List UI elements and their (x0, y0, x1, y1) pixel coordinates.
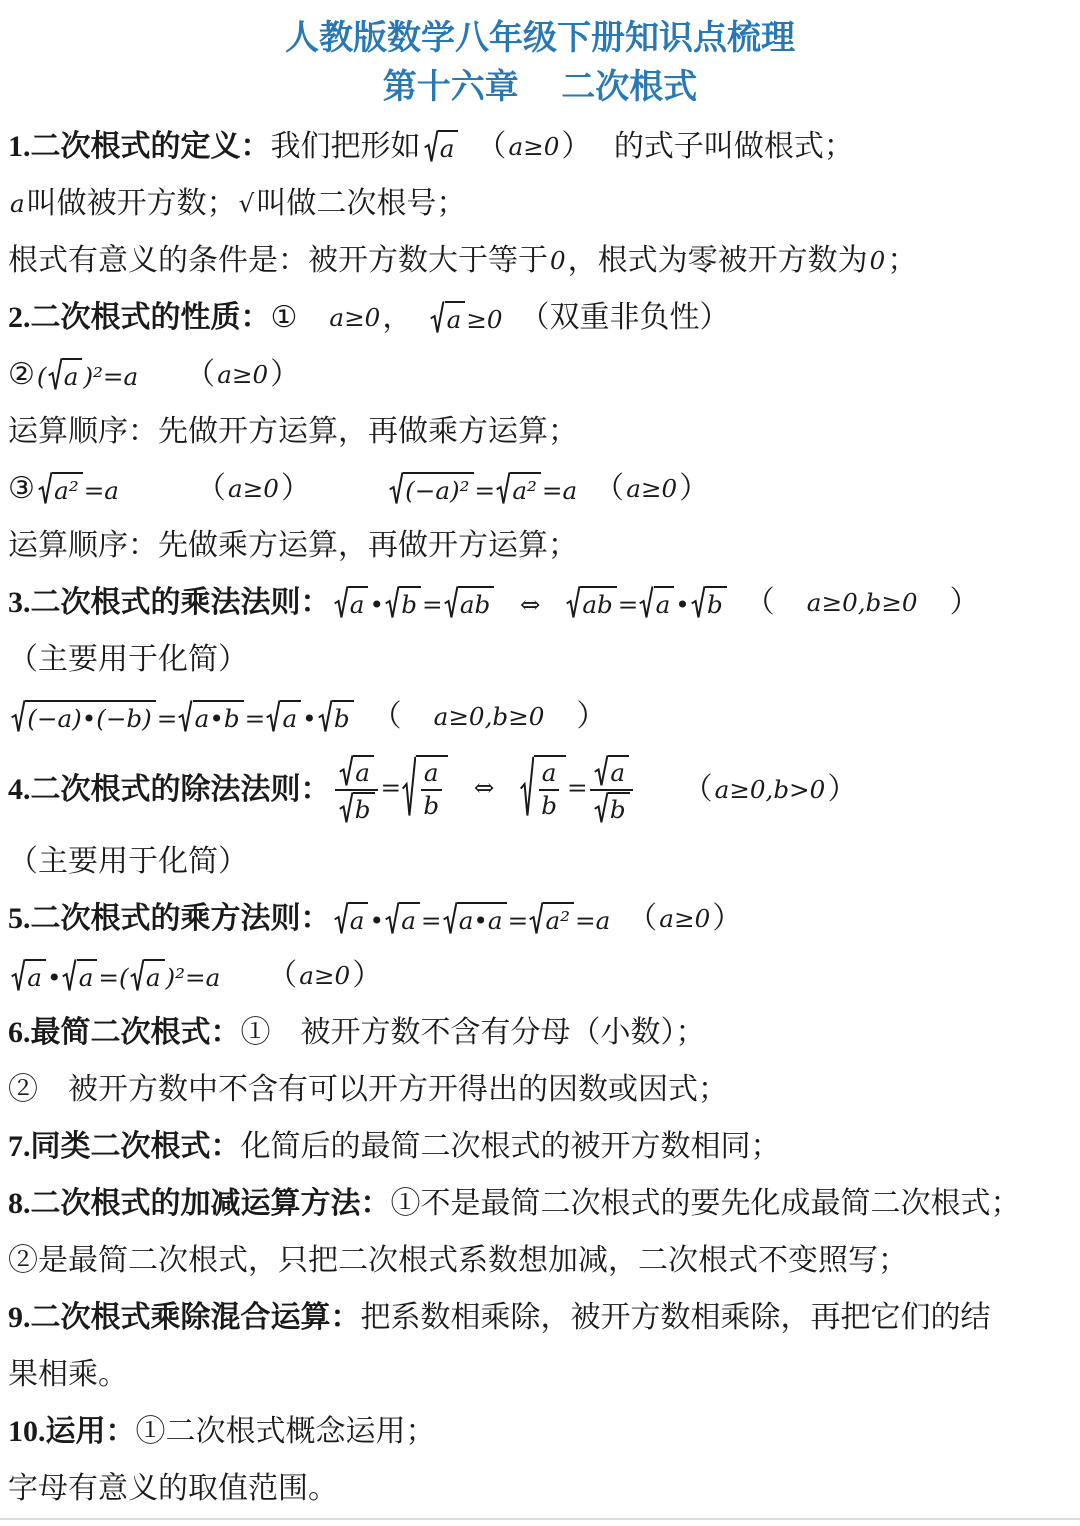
radical-sign-icon (334, 586, 348, 620)
text-run: （ (638, 772, 713, 808)
radicand: a (348, 586, 369, 620)
text-run: ） (679, 471, 709, 507)
radicand: b (332, 700, 354, 734)
math-formula: a≥0 (626, 474, 677, 504)
document-body: 1.二次根式的定义：我们把形如a （a≥0） 的式子叫做根式；a叫做被开方数；√… (0, 119, 1080, 1518)
radicand: b (353, 792, 375, 824)
fraction-numerator: a (539, 759, 560, 790)
text-run: （ (121, 471, 226, 507)
radical-sign-icon (444, 586, 458, 620)
radical-sign-icon (385, 902, 399, 936)
math-formula: (a)²=a (37, 358, 138, 392)
doc-line-10: （主要用于化简） (8, 632, 1080, 689)
text-run: ②是最简二次根式，只把二次根式系数想加减，二次根式不变照写； (8, 1243, 908, 1279)
sqrt-radical: ab (520, 755, 566, 820)
text-run: 根式有意义的条件是：被开方数大于等于 (8, 243, 548, 279)
radicand: b (705, 586, 727, 620)
math-formula: a²=a (37, 472, 119, 506)
radical-sign-icon (339, 792, 353, 824)
radical-sign-icon (520, 755, 534, 820)
radical-sign-icon (529, 902, 543, 936)
radical-sign-icon (11, 959, 25, 993)
radical-sign-icon (339, 755, 353, 787)
text-run: ①不是最简二次根式的要先化成最简二次根式； (391, 1186, 1021, 1222)
text-run: ， (382, 300, 427, 336)
sqrt-radical: a (48, 358, 83, 392)
doc-line-23: 10.运用：①二次根式概念运用； (8, 1404, 1080, 1461)
radicand: ab (458, 586, 494, 620)
doc-line-06: 运算顺序：先做开方运算，再做乘方运算； (8, 404, 1080, 461)
radical-sign-icon (389, 472, 403, 506)
math-formula: a≥0 (217, 360, 268, 390)
radical-sign-icon (639, 586, 653, 620)
sqrt-radical: a (594, 755, 629, 787)
math-formula: a (423, 130, 460, 164)
radical-sign-icon (691, 586, 705, 620)
chapter-title: 第十六章 二次根式 (0, 63, 1080, 112)
doc-line-20: ②是最简二次根式，只把二次根式系数想加减，二次根式不变照写； (8, 1233, 1080, 1290)
fraction: ab (420, 759, 442, 820)
math-formula: (−a)•(−b)=a•b=a•b (10, 700, 355, 734)
radical-sign-icon (334, 902, 348, 936)
radicand: ab (580, 586, 616, 620)
radicand: a (144, 959, 165, 993)
sqrt-radical: a (430, 301, 465, 335)
bold-label: 8.二次根式的加减运算方法： (8, 1186, 391, 1222)
fraction-denominator: b (420, 791, 442, 820)
sqrt-radical: b (691, 586, 727, 620)
radical-sign-icon (38, 472, 52, 506)
radicand: a (348, 902, 369, 936)
fraction: ab (538, 759, 560, 820)
radicand: a² (510, 472, 541, 506)
math-formula: 0 (550, 246, 566, 276)
radicand: a (77, 959, 98, 993)
sqrt-radical: a² (529, 902, 574, 936)
text-run: （双重非负性） (505, 300, 730, 336)
page-title: 人教版数学八年级下册知识点梳理 (0, 0, 1080, 63)
bold-label: 9.二次根式乘除混合运算： (8, 1300, 361, 1336)
fraction-denominator: b (538, 791, 560, 820)
doc-line-05: ②(a)²=a （a≥0） (8, 347, 1080, 404)
text-run: ） (920, 585, 980, 621)
sqrt-radical: a (62, 959, 97, 993)
radicand: a (353, 755, 374, 787)
sqrt-radical: (−a)² (389, 472, 474, 506)
doc-line-11: (−a)•(−b)=a•b=a•b （ a≥0,b≥0 ） (8, 689, 1080, 746)
bold-label: 6.最简二次根式： (8, 1015, 241, 1051)
sqrt-radical: b (318, 700, 354, 734)
math-formula: a≥0 (508, 132, 559, 162)
bold-label: 10.运用： (8, 1414, 136, 1450)
text-run: （ (730, 585, 805, 621)
math-formula: a•a=(a)²=a (10, 959, 220, 993)
bold-label: 5.二次根式的乘方法则： (8, 901, 331, 937)
radical-sign-icon (266, 700, 280, 734)
radicand: ab (534, 755, 566, 820)
radicand: a (445, 301, 466, 335)
text-run: （ (357, 699, 432, 735)
doc-line-14: 5.二次根式的乘方法则：a•a=a•a=a²=a （a≥0） (8, 891, 1080, 948)
math-formula: a≥0 (659, 904, 710, 934)
text-run: ） (270, 357, 300, 393)
text-run: ② (8, 357, 35, 393)
radical-sign-icon (424, 130, 438, 164)
radical-sign-icon (178, 700, 192, 734)
radicand: b (608, 792, 630, 824)
radical-sign-icon (318, 700, 332, 734)
bold-label: 2.二次根式的性质： (8, 300, 271, 336)
doc-line-03: 根式有意义的条件是：被开方数大于等于0，根式为零被开方数为0； (8, 233, 1080, 290)
sqrt-radical: a•b (178, 700, 243, 734)
doc-line-22: 果相乘。 (8, 1347, 1080, 1404)
math-formula: a•b=ab ⇔ ab=a•b (333, 586, 728, 620)
sqrt-radical: ab (402, 755, 448, 820)
text-run: ① (271, 300, 328, 336)
text-run: 运算顺序：先做开方运算，再做乘方运算； (8, 414, 578, 450)
text-run: （ (222, 958, 297, 994)
sqrt-radical: a (424, 130, 459, 164)
doc-line-19: 8.二次根式的加减运算方法：①不是最简二次根式的要先化成最简二次根式； (8, 1176, 1080, 1233)
text-run: （主要用于化简） (8, 844, 248, 880)
text-run: ） (546, 699, 606, 735)
sqrt-radical: a (11, 959, 46, 993)
radicand: a (399, 902, 420, 936)
radicand: a (654, 586, 675, 620)
sqrt-radical: ab (566, 586, 617, 620)
radicand: a•a (457, 902, 507, 936)
text-run: 运算顺序：先做乘方运算，再做开方运算； (8, 528, 578, 564)
text-run: ，根式为零被开方数为 (568, 243, 868, 279)
math-formula: a (10, 189, 25, 219)
sqrt-radical: a² (38, 472, 83, 506)
text-run: （ (140, 357, 215, 393)
radical-sign-icon (11, 700, 25, 734)
math-formula: a≥0 (429, 301, 502, 335)
math-formula: a•a=a•a=a²=a (333, 902, 611, 936)
sqrt-radical: a (639, 586, 674, 620)
doc-line-18: 7.同类二次根式：化简后的最简二次根式的被开方数相同； (8, 1119, 1080, 1176)
doc-line-24: 字母有意义的取值范围。 (8, 1461, 1080, 1518)
doc-line-13: （主要用于化简） (8, 834, 1080, 891)
doc-line-15: a•a=(a)²=a （a≥0） (8, 948, 1080, 1005)
text-run: 叫做被开方数； (27, 186, 237, 222)
sqrt-radical: a (385, 902, 420, 936)
text-run: ③ (8, 471, 35, 507)
fraction: ab (590, 755, 634, 824)
radicand: a² (52, 472, 83, 506)
math-formula: a≥0 (228, 474, 279, 504)
bottom-divider (0, 1518, 1080, 1520)
doc-line-12: 4.二次根式的除法法则：ab=ab ⇔ ab=ab （a≥0,b>0） (8, 746, 1080, 834)
doc-line-07: ③a²=a （a≥0） (−a)²=a²=a （a≥0） (8, 461, 1080, 518)
doc-line-21: 9.二次根式乘除混合运算：把系数相乘除，被开方数相乘除，再把它们的结 (8, 1290, 1080, 1347)
sqrt-radical: b (385, 586, 421, 620)
page: 人教版数学八年级下册知识点梳理 第十六章 二次根式 1.二次根式的定义：我们把形… (0, 0, 1080, 1526)
math-formula: a≥0,b≥0 (434, 702, 545, 732)
sqrt-radical: a (339, 755, 374, 787)
radicand: a (608, 755, 629, 787)
radical-sign-icon (402, 755, 416, 820)
doc-line-09: 3.二次根式的乘法法则：a•b=ab ⇔ ab=a•b （ a≥0,b≥0 ） (8, 575, 1080, 632)
text-run: ） (281, 471, 386, 507)
radicand: a (25, 959, 46, 993)
math-formula: a≥0,b≥0 (807, 588, 918, 618)
sqrt-radical: a (334, 902, 369, 936)
text-run: 我们把形如 (271, 129, 421, 165)
text-run: （ (461, 129, 506, 165)
radicand: (−a)•(−b) (25, 700, 156, 734)
radical-sign-icon (443, 902, 457, 936)
sqrt-radical: b (339, 792, 375, 824)
math-formula: a≥0 (299, 961, 350, 991)
radicand: b (399, 586, 421, 620)
doc-line-01: 1.二次根式的定义：我们把形如a （a≥0） 的式子叫做根式； (8, 119, 1080, 176)
bold-label: 3.二次根式的乘法法则： (8, 585, 331, 621)
sqrt-radical: a (130, 959, 165, 993)
text-run: （ (612, 901, 657, 937)
text-run: （主要用于化简） (8, 642, 248, 678)
text-run: 化简后的最简二次根式的被开方数相同； (241, 1129, 781, 1165)
doc-line-17: ② 被开方数中不含有可以开方开得出的因数或因式； (8, 1062, 1080, 1119)
math-formula: a≥0,b>0 (715, 775, 826, 805)
fraction-numerator: a (590, 755, 633, 790)
text-run: 叫做二次根号； (256, 186, 466, 222)
radicand: ab (416, 755, 448, 820)
sqrt-radical: a² (496, 472, 541, 506)
radicand: a (438, 130, 459, 164)
bold-label: 7.同类二次根式： (8, 1129, 241, 1165)
text-run: ） 的式子叫做根式； (561, 129, 854, 165)
fraction-numerator: a (421, 759, 442, 790)
text-run: ； (887, 243, 917, 279)
text-run: 把系数相乘除，被开方数相乘除，再把它们的结 (361, 1300, 991, 1336)
sqrt-radical: b (594, 792, 630, 824)
sqrt-radical: (−a)•(−b) (11, 700, 156, 734)
bold-label: 1.二次根式的定义： (8, 129, 271, 165)
radical-sign-icon (566, 586, 580, 620)
radicand: a (62, 358, 83, 392)
math-formula: ab=ab ⇔ ab=ab (333, 755, 636, 824)
radical-sign-icon (594, 792, 608, 824)
fraction-denominator: b (335, 791, 379, 824)
text-run: ② 被开方数中不含有可以开方开得出的因数或因式； (8, 1072, 728, 1108)
doc-line-04: 2.二次根式的性质：① a≥0， a≥0 （双重非负性） (8, 290, 1080, 347)
radical-sign-icon (430, 301, 444, 335)
radical-sign-icon (62, 959, 76, 993)
text-run: （ (579, 471, 624, 507)
doc-line-08: 运算顺序：先做乘方运算，再做开方运算； (8, 518, 1080, 575)
text-run: ①二次根式概念运用； (136, 1414, 436, 1450)
text-run: 字母有意义的取值范围。 (8, 1471, 338, 1507)
fraction-denominator: b (590, 791, 634, 824)
fraction-numerator: a (335, 755, 378, 790)
math-formula: a≥0 (329, 303, 380, 333)
fraction: ab (335, 755, 379, 824)
text-run: ① 被开方数不含有分母（小数）； (241, 1015, 706, 1051)
radical-sign-icon (594, 755, 608, 787)
radicand: a (280, 700, 301, 734)
text-run: ） (352, 958, 382, 994)
sqrt-radical: a (334, 586, 369, 620)
radical-sign-icon (496, 472, 510, 506)
radical-sign-icon (48, 358, 62, 392)
text-run: 果相乘。 (8, 1357, 128, 1393)
radical-sign-icon (130, 959, 144, 993)
radicand: a² (543, 902, 574, 936)
text-run: ） (827, 772, 857, 808)
radical-sign-icon (385, 586, 399, 620)
sqrt-radical: a (266, 700, 301, 734)
math-formula: (−a)²=a²=a (388, 472, 577, 506)
bold-label: 4.二次根式的除法法则： (8, 772, 331, 808)
doc-line-16: 6.最简二次根式：① 被开方数不含有分母（小数）； (8, 1005, 1080, 1062)
text-run: ） (712, 901, 742, 937)
sqrt-radical: a•a (443, 902, 507, 936)
math-formula: √ (239, 189, 255, 219)
math-formula: 0 (870, 246, 886, 276)
radicand: (−a)² (403, 472, 473, 506)
doc-line-02: a叫做被开方数；√叫做二次根号； (8, 176, 1080, 233)
radicand: a•b (193, 700, 244, 734)
sqrt-radical: ab (444, 586, 495, 620)
